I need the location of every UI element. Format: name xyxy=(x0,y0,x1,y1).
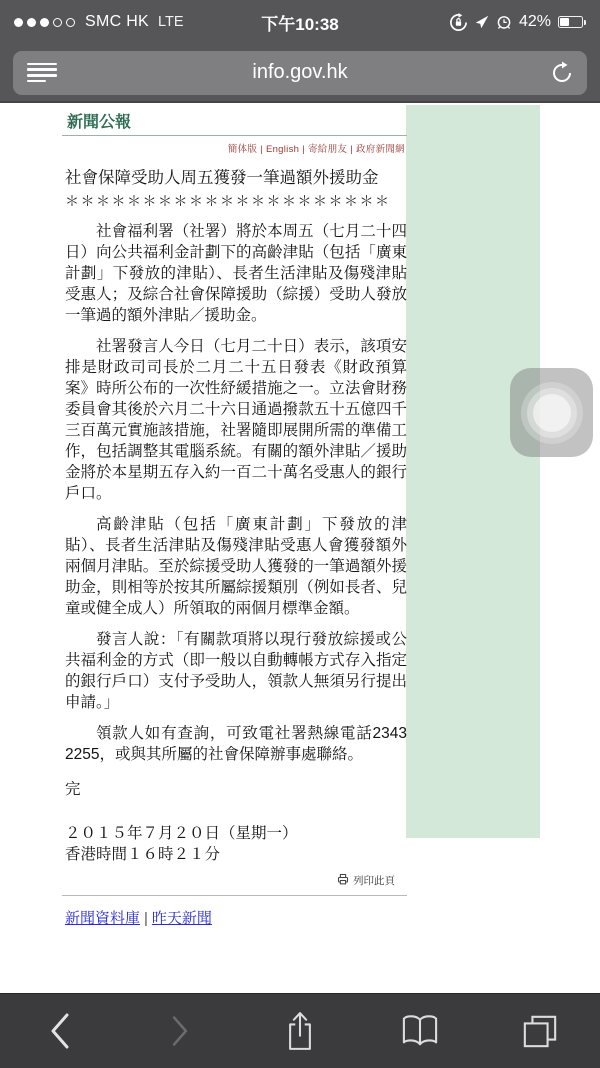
iphone-screen: SMC HK LTE 下午10:38 xyxy=(0,0,600,1068)
link-press-archive[interactable]: 新聞資料庫 xyxy=(65,910,140,927)
assistive-touch-ring-outer xyxy=(521,382,583,444)
release-date: ２０１５年７月２０日（星期一） xyxy=(62,823,407,844)
print-label: 列印此頁 xyxy=(353,873,395,888)
paragraph-3: 高齡津貼（包括「廣東計劃」下發放的津貼）、長者生活津貼及傷殘津貼受惠人會獲發額外… xyxy=(62,514,407,619)
paragraph-4: 發言人說：「有關款項將以現行發放綜援或公共福利金的方式（即一般以自動轉帳方式存入… xyxy=(62,629,407,713)
signal-strength-icon xyxy=(14,18,75,27)
reader-mode-icon[interactable] xyxy=(27,61,57,85)
orientation-lock-icon xyxy=(449,13,468,32)
press-release-article: 新聞公報 簡体版|English|寄給朋友|政府新聞網 社會保障受助人周五獲發一… xyxy=(62,107,407,928)
assistive-touch-ring-inner xyxy=(533,394,571,432)
share-button[interactable] xyxy=(270,1001,330,1061)
carrier-label: SMC HK xyxy=(85,13,149,31)
bookmarks-button[interactable] xyxy=(390,1001,450,1061)
network-label: LTE xyxy=(158,14,184,30)
alarm-icon xyxy=(496,14,512,30)
news-headline: 社會保障受助人周五獲發一筆過額外援助金 xyxy=(62,164,407,188)
assistive-touch-button[interactable] xyxy=(510,368,593,457)
reload-icon[interactable] xyxy=(550,61,574,85)
link-english[interactable]: English xyxy=(266,144,299,155)
language-links-row: 簡体版|English|寄給朋友|政府新聞網 xyxy=(62,136,407,155)
end-mark: 完 xyxy=(62,777,407,799)
footer-links-row: 新聞資料庫|昨天新聞 xyxy=(62,907,407,928)
status-right-cluster: 42% xyxy=(449,13,586,32)
link-separator: | xyxy=(144,910,148,927)
date-block: ２０１５年７月２０日（星期一） 香港時間１６時２１分 xyxy=(62,823,407,865)
status-bar: SMC HK LTE 下午10:38 xyxy=(0,0,600,44)
url-field[interactable]: info.gov.hk xyxy=(13,51,587,95)
headline-underline-stars: ＊＊＊＊＊＊＊＊＊＊＊＊＊＊＊＊＊＊＊＊＊ xyxy=(65,191,407,211)
page-title: 新聞公報 xyxy=(62,107,407,136)
footer-divider xyxy=(62,895,407,896)
forward-button xyxy=(150,1001,210,1061)
link-simplified-chinese[interactable]: 簡体版 xyxy=(228,144,257,155)
link-separator: | xyxy=(302,144,305,155)
battery-icon xyxy=(558,16,586,28)
tabs-button[interactable] xyxy=(510,1001,570,1061)
url-label: info.gov.hk xyxy=(252,61,347,84)
print-this-page[interactable]: 列印此頁 xyxy=(62,873,407,888)
safari-address-bar: info.gov.hk xyxy=(0,44,600,103)
link-separator: | xyxy=(260,144,263,155)
back-button[interactable] xyxy=(30,1001,90,1061)
battery-percent: 42% xyxy=(519,13,551,31)
location-icon xyxy=(475,15,489,29)
link-separator: | xyxy=(350,144,353,155)
release-time: 香港時間１６時２１分 xyxy=(62,844,407,865)
link-yesterday-news[interactable]: 昨天新聞 xyxy=(152,910,212,927)
side-green-panel xyxy=(406,105,540,838)
paragraph-5: 領款人如有查詢，可致電社署熱線電話2343 2255，或與其所屬的社會保障辦事處… xyxy=(62,723,407,765)
paragraph-2: 社署發言人今日（七月二十日）表示，該項安排是財政司司長於二月二十五日發表《財政預… xyxy=(62,336,407,504)
page-content: 新聞公報 簡体版|English|寄給朋友|政府新聞網 社會保障受助人周五獲發一… xyxy=(0,105,600,993)
link-gov-news[interactable]: 政府新聞網 xyxy=(356,144,405,155)
printer-icon xyxy=(337,873,349,888)
assistive-touch-ring-middle xyxy=(527,388,577,438)
safari-toolbar xyxy=(0,993,600,1068)
paragraph-1: 社會福利署（社署）將於本周五（七月二十四日）向公共福利金計劃下的高齡津貼（包括「… xyxy=(62,221,407,326)
link-send-to-friend[interactable]: 寄給朋友 xyxy=(308,144,347,155)
status-left-cluster: SMC HK LTE xyxy=(14,13,184,31)
